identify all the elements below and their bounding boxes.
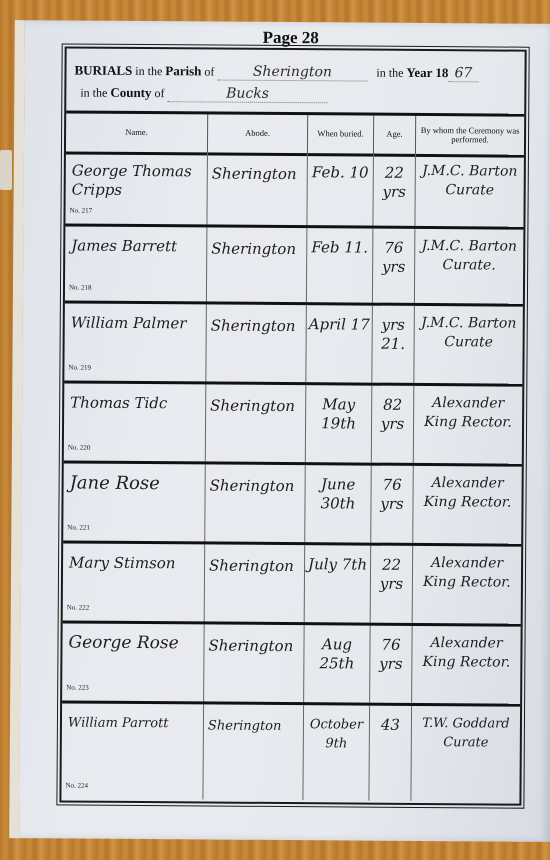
officiant-cell: Alexander King Rector. [414,386,523,464]
officiant-cell: J.M.C. Barton Curate. [415,229,524,304]
abode-cell: Sherington [206,304,307,382]
entry-number: No. 217 [69,202,92,221]
when-buried-cell: Feb. 10 [307,153,374,225]
entry-number: No. 223 [66,678,89,697]
entry-number: No. 222 [67,598,90,617]
when-buried-cell: Feb 11. [307,228,374,302]
table-row: William PalmerNo. 219 Sherington April 1… [64,303,523,386]
column-header-age: Age. [374,116,416,154]
table-row: Mary StimsonNo. 222 Sherington July 7th … [63,543,522,626]
column-headers: Name. Abode. When buried. Age. By whom t… [66,110,524,157]
abode-cell: Sherington [206,384,307,462]
parish-line: BURIALS in the Parish of Sherington in t… [74,63,478,83]
year-label: Year [406,65,432,80]
abode-cell: Sherington [207,152,308,225]
age-cell: 22 yrs [373,154,416,226]
age-cell: 76 yrs [371,466,414,543]
entry-number: No. 219 [68,359,91,378]
name-cell: James BarrettNo. 218 [65,226,208,301]
parish-label: Parish [165,63,201,78]
age-cell: yrs 21. [372,306,415,383]
abode-cell: Sherington [203,704,304,800]
year-printed: 18 [435,65,448,80]
entry-number: No. 224 [65,776,88,795]
officiant-cell: J.M.C. Barton Curate [415,154,524,227]
name-cell: Thomas TidcNo. 220 [64,383,207,461]
county-label: County [110,85,151,100]
column-header-name: Name. [66,113,208,152]
age-cell: 76 yrs [373,229,416,303]
abode-cell: Sherington [204,624,305,702]
when-buried-cell: June 30th [305,465,372,542]
name-cell: George RoseNo. 223 [62,623,205,701]
entry-number: No. 220 [68,438,91,457]
when-buried-cell: July 7th [305,545,372,622]
abode-cell: Sherington [205,464,306,542]
table-row: George RoseNo. 223 Sherington Aug 25th 7… [62,623,521,706]
age-cell: 43 [369,706,412,801]
column-header-abode: Abode. [208,114,308,153]
county-value: Bucks [167,85,327,103]
column-header-by-whom: By whom the Ceremony was performed. [416,116,524,155]
table-row: James BarrettNo. 218 Sherington Feb 11. … [65,226,524,306]
when-buried-cell: May 19th [306,385,373,462]
name-cell: William ParrottNo. 224 [61,703,204,799]
officiant-cell: Alexander King Rector. [413,546,522,624]
abode-cell: Sherington [205,544,306,622]
book-binding-clip [0,150,12,190]
age-cell: 76 yrs [370,626,413,703]
county-line: in the County of Bucks [80,85,327,104]
burial-register-table: BURIALS in the Parish of Sherington in t… [59,46,526,805]
age-cell: 22 yrs [371,546,414,623]
officiant-cell: J.M.C. Barton Curate [414,306,523,384]
table-row: William ParrottNo. 224 Sherington Octobe… [61,703,520,801]
register-page: Page 28 BURIALS in the Parish of Shering… [9,20,550,842]
age-cell: 82 yrs [372,386,415,463]
table-row: Thomas TidcNo. 220 Sherington May 19th 8… [64,383,523,466]
year-handwritten: 67 [448,65,478,82]
burials-label: BURIALS [74,63,132,78]
table-row: George Thomas CrippsNo. 217 Sherington F… [65,151,524,229]
when-buried-cell: Aug 25th [304,625,371,702]
register-header: BURIALS in the Parish of Sherington in t… [66,48,524,113]
entry-number: No. 221 [67,518,90,537]
when-buried-cell: April 17 [306,305,373,382]
entry-number: No. 218 [69,279,92,298]
when-buried-cell: October 9th [303,705,370,800]
officiant-cell: Alexander King Rector. [413,466,522,544]
name-cell: Mary StimsonNo. 222 [63,543,206,621]
name-cell: William PalmerNo. 219 [64,303,207,381]
abode-cell: Sherington [207,227,308,302]
name-cell: Jane RoseNo. 221 [63,463,206,541]
parish-value: Sherington [217,64,367,82]
name-cell: George Thomas CrippsNo. 217 [65,151,207,224]
column-header-when-buried: When buried. [308,115,374,153]
officiant-cell: T.W. Goddard Curate [411,706,520,802]
table-row: Jane RoseNo. 221 Sherington June 30th 76… [63,463,522,546]
officiant-cell: Alexander King Rector. [412,626,521,704]
